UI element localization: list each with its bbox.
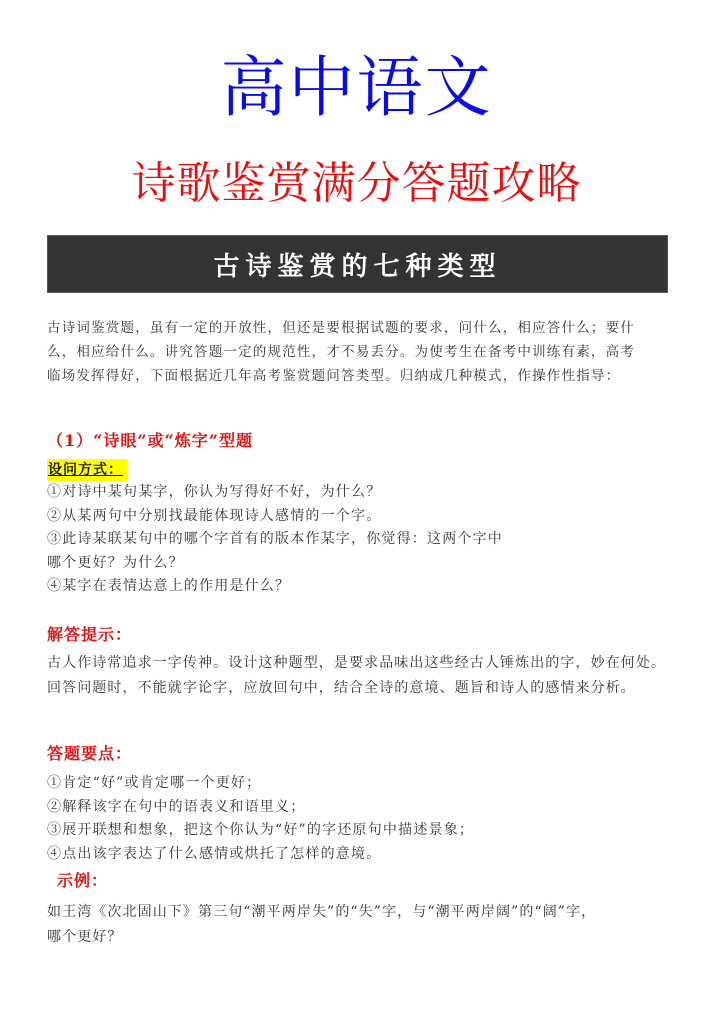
points-list: ①肯定“好”或肯定哪一个更好； ②解释该字在句中的语表义和语里义； ③展开联想和… bbox=[47, 772, 677, 866]
list-item: ②从某两句中分别找最能体现诗人感情的一个字。 bbox=[47, 505, 677, 529]
points-heading: 答题要点： bbox=[47, 741, 132, 764]
section-heading: （1）“诗眼”或“炼字”型题 bbox=[47, 428, 253, 451]
page-title: 高中语文 bbox=[0, 48, 713, 128]
list-item: ③此诗某联某句中的哪个字首有的版本作某字，你觉得：这两个字中 bbox=[47, 528, 677, 552]
list-item: ①肯定“好”或肯定哪一个更好； bbox=[47, 772, 677, 796]
example-line: 如王湾《次北固山下》第三句“潮平两岸失”的“失”字，与“潮平两岸阔”的“阔”字， bbox=[47, 900, 677, 925]
list-item: ④点出该字表达了什么感情或烘托了怎样的意境。 bbox=[47, 843, 677, 867]
list-item: 哪个更好？为什么？ bbox=[47, 552, 677, 576]
list-item: ②解释该字在句中的语表义和语里义； bbox=[47, 796, 677, 820]
hint-line: 古人作诗常追求一字传神。设计这种题型，是要求品味出这些经古人锤炼出的字，妙在何处… bbox=[47, 651, 677, 676]
section-banner: 古诗鉴赏的七种类型 bbox=[47, 235, 668, 293]
example-line: 哪个更好？ bbox=[47, 925, 677, 950]
list-item: ①对诗中某句某字，你认为写得好不好，为什么？ bbox=[47, 481, 677, 505]
hint-heading: 解答提示： bbox=[47, 622, 132, 645]
intro-paragraph: 古诗词鉴赏题，虽有一定的开放性，但还是要根据试题的要求，问什么，相应答什么；要什… bbox=[47, 316, 669, 388]
banner-text: 古诗鉴赏的七种类型 bbox=[213, 246, 501, 283]
hint-paragraph: 古人作诗常追求一字传神。设计这种题型，是要求品味出这些经古人锤炼出的字，妙在何处… bbox=[47, 651, 677, 701]
example-paragraph: 如王湾《次北固山下》第三句“潮平两岸失”的“失”字，与“潮平两岸阔”的“阔”字，… bbox=[47, 900, 677, 950]
example-heading: 示例： bbox=[57, 868, 108, 891]
intro-line: 古诗词鉴赏题，虽有一定的开放性，但还是要根据试题的要求，问什么，相应答什么；要什 bbox=[47, 316, 669, 340]
list-item: ④某字在表情达意上的作用是什么？ bbox=[47, 575, 677, 599]
list-item: ③展开联想和想象，把这个你认为“好”的字还原句中描述景象； bbox=[47, 819, 677, 843]
question-method-label: 设问方式： bbox=[47, 459, 127, 481]
intro-line: 临场发挥得好，下面根据近几年高考鉴赏题问答类型。归纳成几种模式，作操作性指导： bbox=[47, 364, 669, 388]
question-list: ①对诗中某句某字，你认为写得好不好，为什么？ ②从某两句中分别找最能体现诗人感情… bbox=[47, 481, 677, 599]
hint-line: 回答问题时，不能就字论字，应放回句中，结合全诗的意境、题旨和诗人的感情来分析。 bbox=[47, 676, 677, 701]
page-subtitle: 诗歌鉴赏满分答题攻略 bbox=[0, 156, 713, 212]
intro-line: 么，相应给什么。讲究答题一定的规范性，才不易丢分。为使考生在备考中训练有素，高考 bbox=[47, 340, 669, 364]
